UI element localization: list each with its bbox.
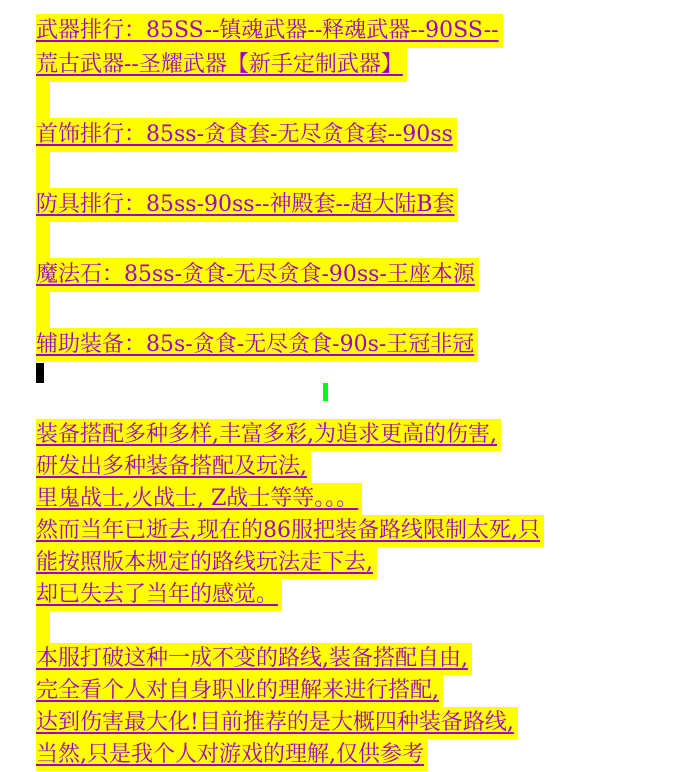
- history-link[interactable]: 却已失去了当年的感觉。: [36, 579, 282, 611]
- history-link[interactable]: 研发出多种装备搭配及玩法,: [36, 451, 311, 483]
- armor-ranking-line: 防具排行：85ss-90ss--神殿套--超大陆B套: [36, 188, 458, 222]
- history-line: 研发出多种装备搭配及玩法,: [36, 451, 311, 483]
- weapon-ranking-link-cont[interactable]: 荒古武器--圣耀武器【新手定制武器】: [36, 48, 407, 82]
- highlight-strip: [36, 152, 50, 188]
- history-link[interactable]: 里鬼战士,火战士, Z战士等等。。。: [36, 483, 362, 515]
- history-line: 能按照版本规定的路线玩法走下去,: [36, 547, 377, 579]
- magic-stone-line: 魔法石：85ss-贪食-无尽贪食-90ss-王座本源: [36, 258, 479, 292]
- history-link[interactable]: 装备搭配多种多样,丰富多彩,为追求更高的伤害,: [36, 419, 501, 451]
- weapon-ranking-line-2: 荒古武器--圣耀武器【新手定制武器】: [36, 48, 407, 82]
- armor-ranking-link[interactable]: 防具排行：85ss-90ss--神殿套--超大陆B套: [36, 188, 458, 222]
- accessory-ranking-link[interactable]: 首饰排行：85ss-贪食套-无尽贪食套--90ss: [36, 118, 457, 152]
- text-caret: [36, 363, 44, 383]
- highlight-strip: [36, 292, 50, 328]
- highlight-strip: [36, 611, 50, 643]
- history-link[interactable]: 然而当年已逝去,现在的86服把装备路线限制太死,只: [36, 515, 544, 547]
- green-marker: [323, 383, 328, 401]
- server-line: 当然,只是我个人对游戏的理解,仅供参考: [36, 739, 428, 771]
- weapon-ranking-link[interactable]: 武器排行：85SS--镇魂武器--释魂武器--90SS--: [36, 14, 503, 48]
- server-line: 达到伤害最大化!目前推荐的是大概四种装备路线,: [36, 707, 518, 739]
- history-line: 装备搭配多种多样,丰富多彩,为追求更高的伤害,: [36, 419, 501, 451]
- magic-stone-link[interactable]: 魔法石：85ss-贪食-无尽贪食-90ss-王座本源: [36, 258, 479, 292]
- history-link[interactable]: 能按照版本规定的路线玩法走下去,: [36, 547, 377, 579]
- highlight-strip: [36, 82, 50, 118]
- support-equipment-line: 辅助装备：85s-贪食-无尽贪食-90s-王冠非冠: [36, 328, 478, 362]
- server-line: 完全看个人对自身职业的理解来进行搭配,: [36, 675, 443, 707]
- weapon-ranking-line: 武器排行：85SS--镇魂武器--释魂武器--90SS--: [36, 14, 503, 48]
- history-line: 里鬼战士,火战士, Z战士等等。。。: [36, 483, 362, 515]
- server-link[interactable]: 达到伤害最大化!目前推荐的是大概四种装备路线,: [36, 707, 518, 739]
- history-line: 却已失去了当年的感觉。: [36, 579, 282, 611]
- server-link[interactable]: 完全看个人对自身职业的理解来进行搭配,: [36, 675, 443, 707]
- support-equipment-link[interactable]: 辅助装备：85s-贪食-无尽贪食-90s-王冠非冠: [36, 328, 478, 362]
- accessory-ranking-line: 首饰排行：85ss-贪食套-无尽贪食套--90ss: [36, 118, 457, 152]
- server-link[interactable]: 当然,只是我个人对游戏的理解,仅供参考: [36, 739, 428, 771]
- highlight-strip: [36, 222, 50, 258]
- server-line: 本服打破这种一成不变的路线,装备搭配自由,: [36, 643, 472, 675]
- history-line: 然而当年已逝去,现在的86服把装备路线限制太死,只: [36, 515, 544, 547]
- server-link[interactable]: 本服打破这种一成不变的路线,装备搭配自由,: [36, 643, 472, 675]
